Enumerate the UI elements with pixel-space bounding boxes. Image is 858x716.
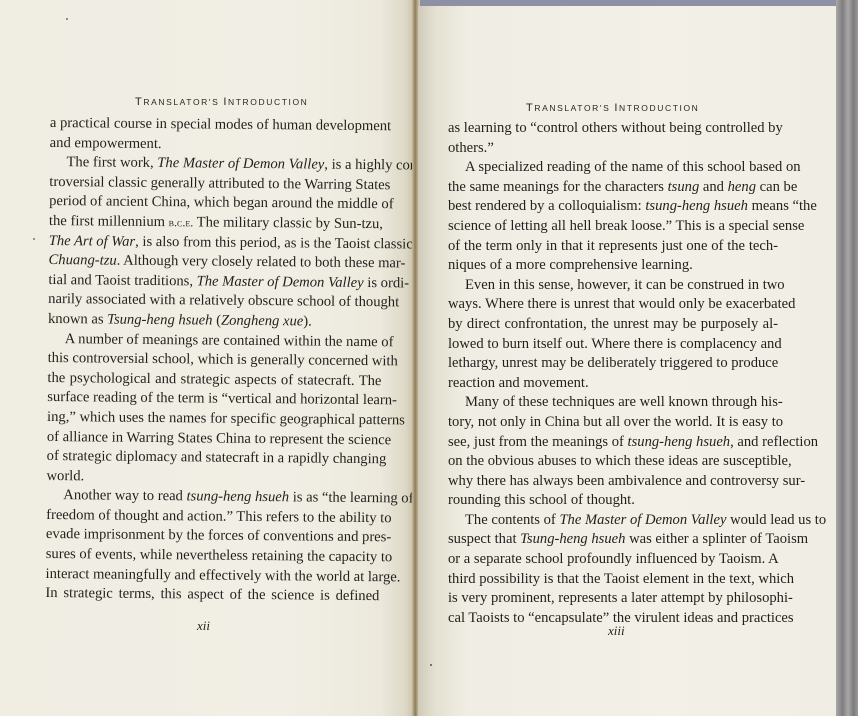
italic-title: tsung-heng hsueh [645,198,748,214]
paper-speck [33,238,35,240]
book-spread: TRANSLATOR'S INTRODUCTION a practical co… [0,0,858,716]
italic-title: tsung [668,179,700,195]
running-head-right: TRANSLATOR'S INTRODUCTION [526,102,699,114]
italic-title: The Art of War [49,233,136,250]
italic-title: The Master of Demon Valley [559,512,726,528]
text-line: by direct confrontation, the unrest may … [448,315,778,335]
text-line: niques of a more comprehensive learning. [448,256,778,276]
left-page: TRANSLATOR'S INTRODUCTION a practical co… [0,0,414,716]
page-number-left: xii [197,618,210,634]
text-line: the same meanings for the characters tsu… [448,178,778,198]
text-line: lethargy, unrest may be deliberately tri… [448,354,778,374]
text-line: as learning to “control others without b… [448,119,778,139]
italic-title: heng [728,179,756,195]
text-line: of the term only in that it represents j… [448,237,778,257]
italic-title: Tsung-heng hsueh [107,311,212,328]
text-line: lowed to burn itself out. Where there is… [448,335,778,355]
text-line: third possibility is that the Taoist ele… [448,570,778,590]
text-line: known as Tsung-heng hsueh (Zongheng xue)… [48,310,382,333]
text-line: sures of events, while nevertheless reta… [46,545,380,568]
paper-speck [66,18,68,20]
text-line: why there has always been ambivalence an… [448,472,778,492]
italic-title: Chuang-tzu [49,252,117,269]
italic-title: Zongheng xue [221,313,303,330]
right-page: TRANSLATOR'S INTRODUCTION as learning to… [418,6,836,716]
running-head-left: TRANSLATOR'S INTRODUCTION [135,96,308,108]
text-line: the first millennium b.c.e. The military… [49,212,383,235]
text-line: A specialized reading of the name of thi… [448,158,778,178]
italic-title: Tsung-heng hsueh [520,531,625,547]
italic-title: tsung-heng hsueh [186,489,289,506]
text-line: rounding this school of thought. [448,491,778,511]
text-line: ways. Where there is unrest that would o… [448,295,778,315]
text-line: The contents of The Master of Demon Vall… [448,511,778,531]
text-line: on the obvious abuses to which these ide… [448,452,778,472]
text-line: best rendered by a colloquialism: tsung-… [448,197,778,217]
italic-title: The Master of Demon Valley [157,155,324,173]
paper-speck [430,664,432,666]
text-line: In strategic terms, this aspect of the s… [45,584,379,607]
page-stack-edge [836,0,858,716]
text-line: or a separate school profoundly influenc… [448,550,778,570]
page-number-right: xiii [608,623,625,639]
left-page-body: a practical course in special modes of h… [45,114,384,607]
text-line: is very prominent, represents a later at… [448,589,778,609]
running-head-text: TRANSLATOR'S INTRODUCTION [135,97,308,107]
text-line: suspect that Tsung-heng hsueh was either… [448,530,778,550]
small-caps-era: b.c.e. [169,215,194,229]
running-head-text: TRANSLATOR'S INTRODUCTION [526,103,699,113]
text-line: of strategic diplomacy and statecraft in… [47,447,381,470]
text-line: a practical course in special modes of h… [50,114,384,137]
text-line: ing,” which uses the names for specific … [47,408,381,431]
text-line: Even in this sense, however, it can be c… [448,276,778,296]
text-line: others.” [448,139,778,159]
text-line: science of letting all hell break loose.… [448,217,778,237]
text-line: tory, not only in China but all over the… [448,413,778,433]
text-line: see, just from the meanings of tsung-hen… [448,433,778,453]
text-line: Many of these techniques are well known … [448,393,778,413]
right-page-body: as learning to “control others without b… [448,119,778,628]
text-line: reaction and movement. [448,374,778,394]
italic-title: tsung-heng hsueh [628,434,731,450]
italic-title: The Master of Demon Valley [197,273,364,291]
